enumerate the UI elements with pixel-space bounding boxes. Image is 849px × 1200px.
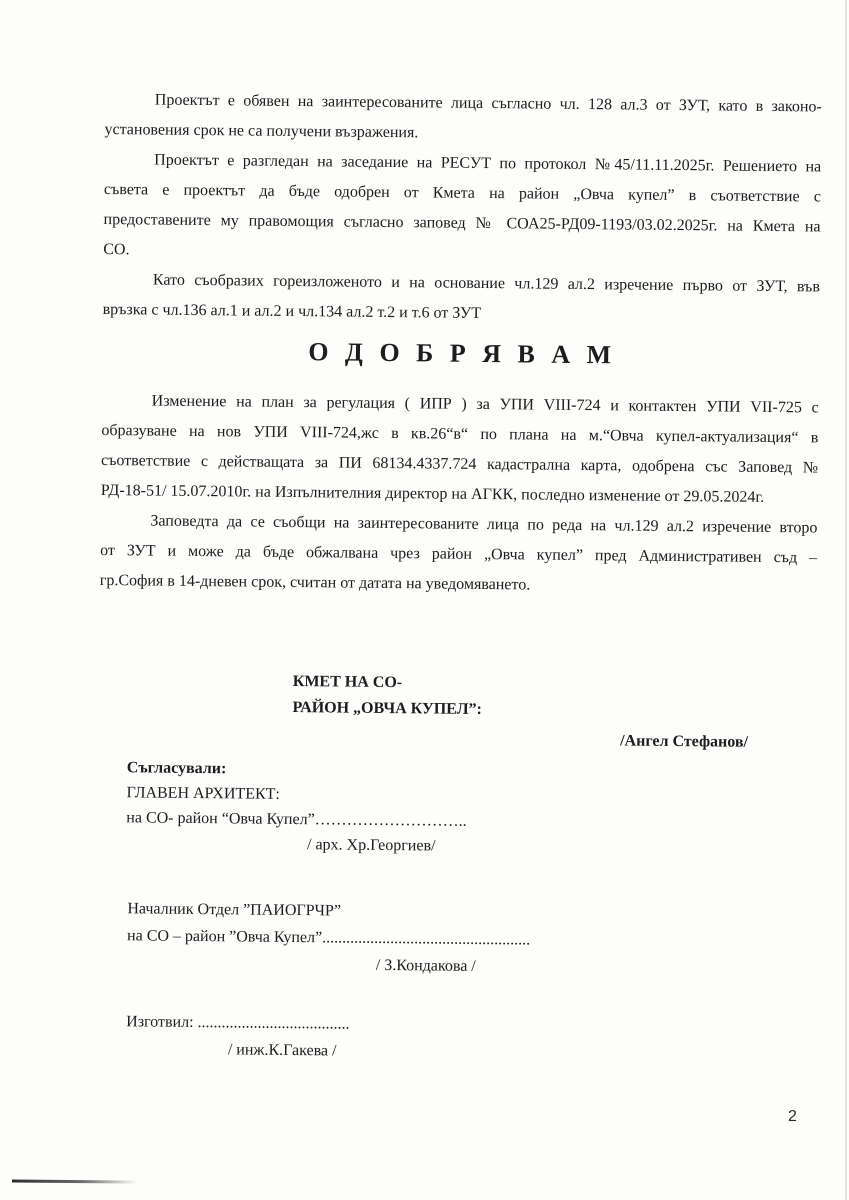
document-page: Проектът е обявен на заинтересованите ли… bbox=[0, 0, 849, 1200]
chief-architect-name: / арх. Хр.Георгиев/ bbox=[307, 832, 814, 862]
prepared-by-name: / инж.К.Гакева / bbox=[228, 1036, 812, 1069]
mayor-title-line2: РАЙОН „ОВЧА КУПЕЛ”: bbox=[292, 695, 815, 726]
body-paragraph: Изменение на план за регулация ( ИПР ) з… bbox=[101, 386, 819, 514]
agreed-by-block: Съгласували: ГЛАВЕН АРХИТЕКТ: на СО- рай… bbox=[126, 755, 815, 837]
mayor-name: /Ангел Стефанов/ bbox=[620, 728, 815, 755]
document-content: Проектът е обявен на заинтересованите ли… bbox=[95, 85, 822, 1069]
page-number: 2 bbox=[788, 1108, 797, 1126]
mayor-signature-title: КМЕТ НА СО- РАЙОН „ОВЧА КУПЕЛ”: bbox=[292, 669, 816, 726]
scan-edge-shadow bbox=[845, 0, 847, 1200]
body-paragraph: Заповедта да се съобщи на заинтересовани… bbox=[100, 506, 818, 604]
department-head-name: / З.Кондакова / bbox=[376, 952, 813, 984]
body-paragraph: Проектът е разгледан на заседание на РЕС… bbox=[103, 145, 821, 273]
department-head-block: Началник Отдел ”ПАИОГРЧР” на СО – район … bbox=[127, 895, 814, 956]
scan-artifact-line bbox=[12, 1179, 138, 1183]
department-head-signature-line: на СО – район ”Овча Купел”..............… bbox=[127, 922, 813, 956]
body-paragraph: Като съобразих гореизложеното и на основ… bbox=[102, 265, 820, 333]
body-paragraph: Проектът е обявен на заинтересованите ли… bbox=[104, 85, 822, 153]
approval-heading: О Д О Б Р Я В А М bbox=[102, 331, 819, 377]
